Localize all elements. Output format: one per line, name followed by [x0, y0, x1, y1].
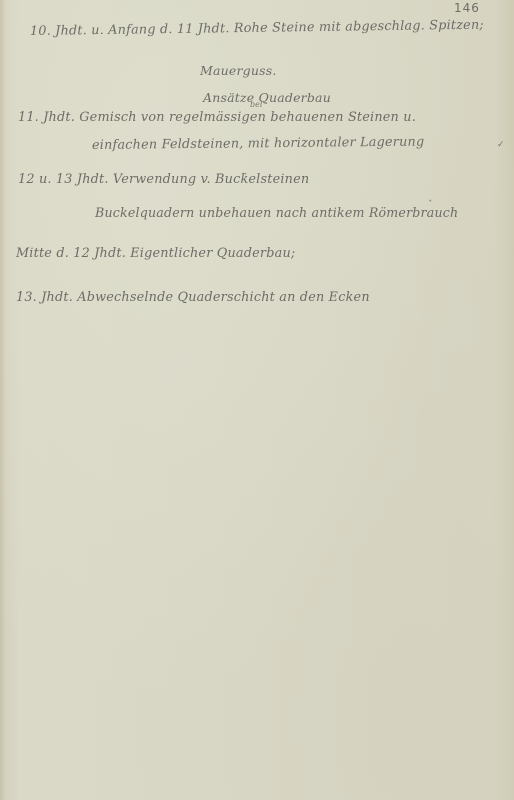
manuscript-line-mauerguss: Mauerguss.: [200, 63, 277, 78]
margin-check-mark: ✓: [497, 140, 505, 150]
manuscript-line-ansaetze-quaderbau: Ansätze Quaderbau: [203, 90, 331, 105]
manuscript-line-11th-century: 11. Jhdt. Gemisch von regelmässigen beha…: [18, 110, 416, 125]
page-edge-shadow: [0, 0, 6, 800]
manuscript-line-12-13th-century: 12 u. 13 Jhdt. Verwendung v. Buckelstein…: [18, 172, 309, 187]
manuscript-line-mid-12th-century: Mitte d. 12 Jhdt. Eigentlicher Quaderbau…: [16, 246, 295, 261]
caret-mark: ˇ: [428, 200, 433, 210]
caret-mark: ˇ: [243, 173, 248, 183]
manuscript-line-11th-century-cont: einfachen Feldsteinen, mit horizontaler …: [92, 135, 424, 153]
folio-number: 146: [454, 1, 480, 15]
manuscript-line-10th-century: 10. Jhdt. u. Anfang d. 11 Jhdt. Rohe Ste…: [30, 18, 484, 39]
manuscript-line-13th-century: 13. Jhdt. Abwechselnde Quaderschicht an …: [16, 290, 370, 305]
manuscript-line-12-13th-century-cont: Buckelquadern unbehauen nach antikem Röm…: [95, 205, 458, 220]
manuscript-page: 146 10. Jhdt. u. Anfang d. 11 Jhdt. Rohe…: [0, 0, 514, 800]
interlinear-insertion: bel: [250, 100, 262, 109]
